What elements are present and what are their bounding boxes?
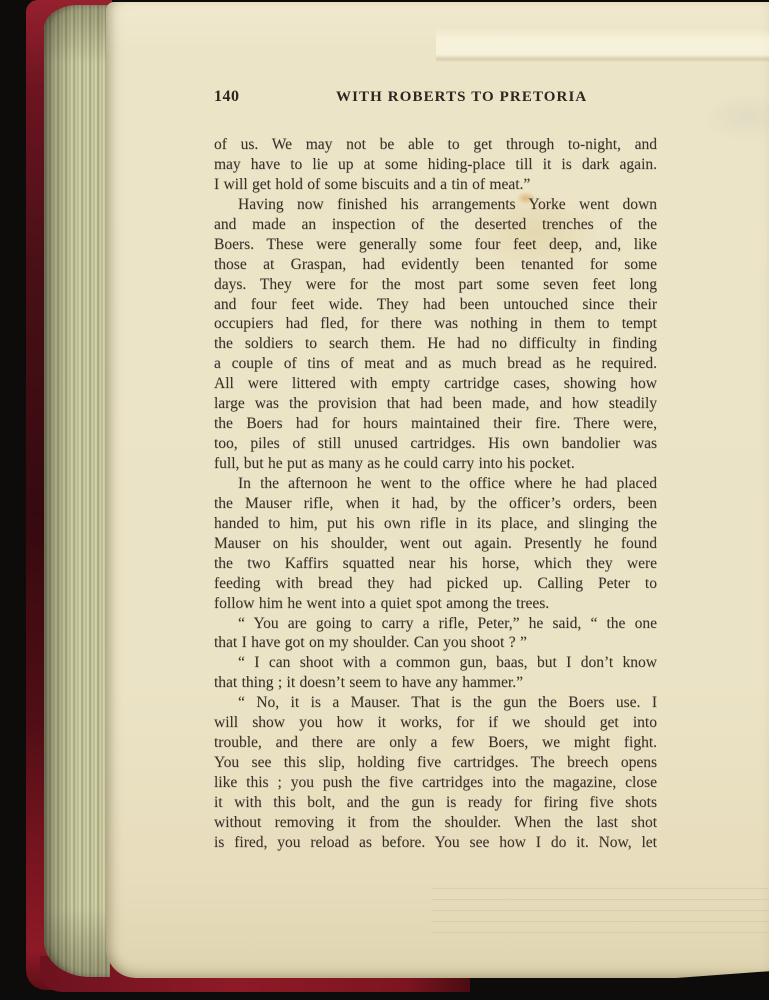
text-line: “ You are going to carry a rifle, Peter,… (214, 614, 657, 634)
printed-text-column: 140 WITH ROBERTS TO PRETORIA of us. We m… (214, 88, 657, 853)
text-line: the two Kaffirs squatted near his horse,… (214, 554, 657, 574)
text-line: those at Graspan, had evidently been ten… (214, 255, 657, 275)
running-title: WITH ROBERTS TO PRETORIA (336, 89, 587, 106)
text-line: and four feet wide. They had been untouc… (214, 295, 657, 315)
text-line: may have to lie up at some hiding-place … (214, 155, 657, 175)
text-line: “ I can shoot with a common gun, baas, b… (214, 653, 657, 673)
next-page-edges (431, 878, 769, 940)
text-line: of us. We may not be able to get through… (214, 135, 657, 155)
text-line: “ No, it is a Mauser. That is the gun th… (214, 693, 657, 713)
text-line: Having now finished his arrangements Yor… (214, 195, 657, 215)
text-line: the soldiers to search them. He had no d… (214, 334, 657, 354)
text-line: without removing it from the shoulder. W… (214, 813, 657, 833)
text-line: follow him he went into a quiet spot amo… (214, 594, 657, 614)
text-line: Boers. These were generally some four fe… (214, 235, 657, 255)
text-line: the Boers had for hours maintained their… (214, 414, 657, 434)
text-line: too, piles of still unused cartridges. H… (214, 434, 657, 454)
text-line: All were littered with empty cartridge c… (214, 374, 657, 394)
text-line: and made an inspection of the deserted t… (214, 215, 657, 235)
text-line: trouble, and there are only a few Boers,… (214, 733, 657, 753)
text-line: that thing ; it doesn’t seem to have any… (214, 673, 657, 693)
text-line: like this ; you push the five cartridges… (214, 773, 657, 793)
page-header: 140 WITH ROBERTS TO PRETORIA (214, 88, 657, 108)
text-line: the Mauser rifle, when it had, by the of… (214, 494, 657, 514)
text-line: that I have got on my shoulder. Can you … (214, 633, 657, 653)
text-line: occupiers had fled, for there was nothin… (214, 314, 657, 334)
page-number: 140 (214, 88, 240, 106)
text-line: I will get hold of some biscuits and a t… (214, 175, 657, 195)
text-line: will show you how it works, for if we sh… (214, 713, 657, 733)
text-line: days. They were for the most part some s… (214, 275, 657, 295)
text-line: a couple of tins of meat and as much bre… (214, 354, 657, 374)
body-text: of us. We may not be able to get through… (214, 135, 657, 853)
text-line: is fired, you reload as before. You see … (214, 833, 657, 853)
text-line: Mauser on his shoulder, went out again. … (214, 534, 657, 554)
text-line: You see this slip, holding five cartridg… (214, 753, 657, 773)
text-line: In the afternoon he went to the office w… (214, 474, 657, 494)
book-page: 140 WITH ROBERTS TO PRETORIA of us. We m… (106, 2, 769, 978)
text-line: handed to him, put his own rifle in its … (214, 514, 657, 534)
text-line: large was the provision that had been ma… (214, 394, 657, 414)
text-line: full, but he put as many as he could car… (214, 454, 657, 474)
page-edge-highlight (436, 28, 769, 62)
text-line: it with this bolt, and the gun is ready … (214, 793, 657, 813)
book-page-edges (44, 5, 110, 977)
text-line: feeding with bread they had picked up. C… (214, 574, 657, 594)
